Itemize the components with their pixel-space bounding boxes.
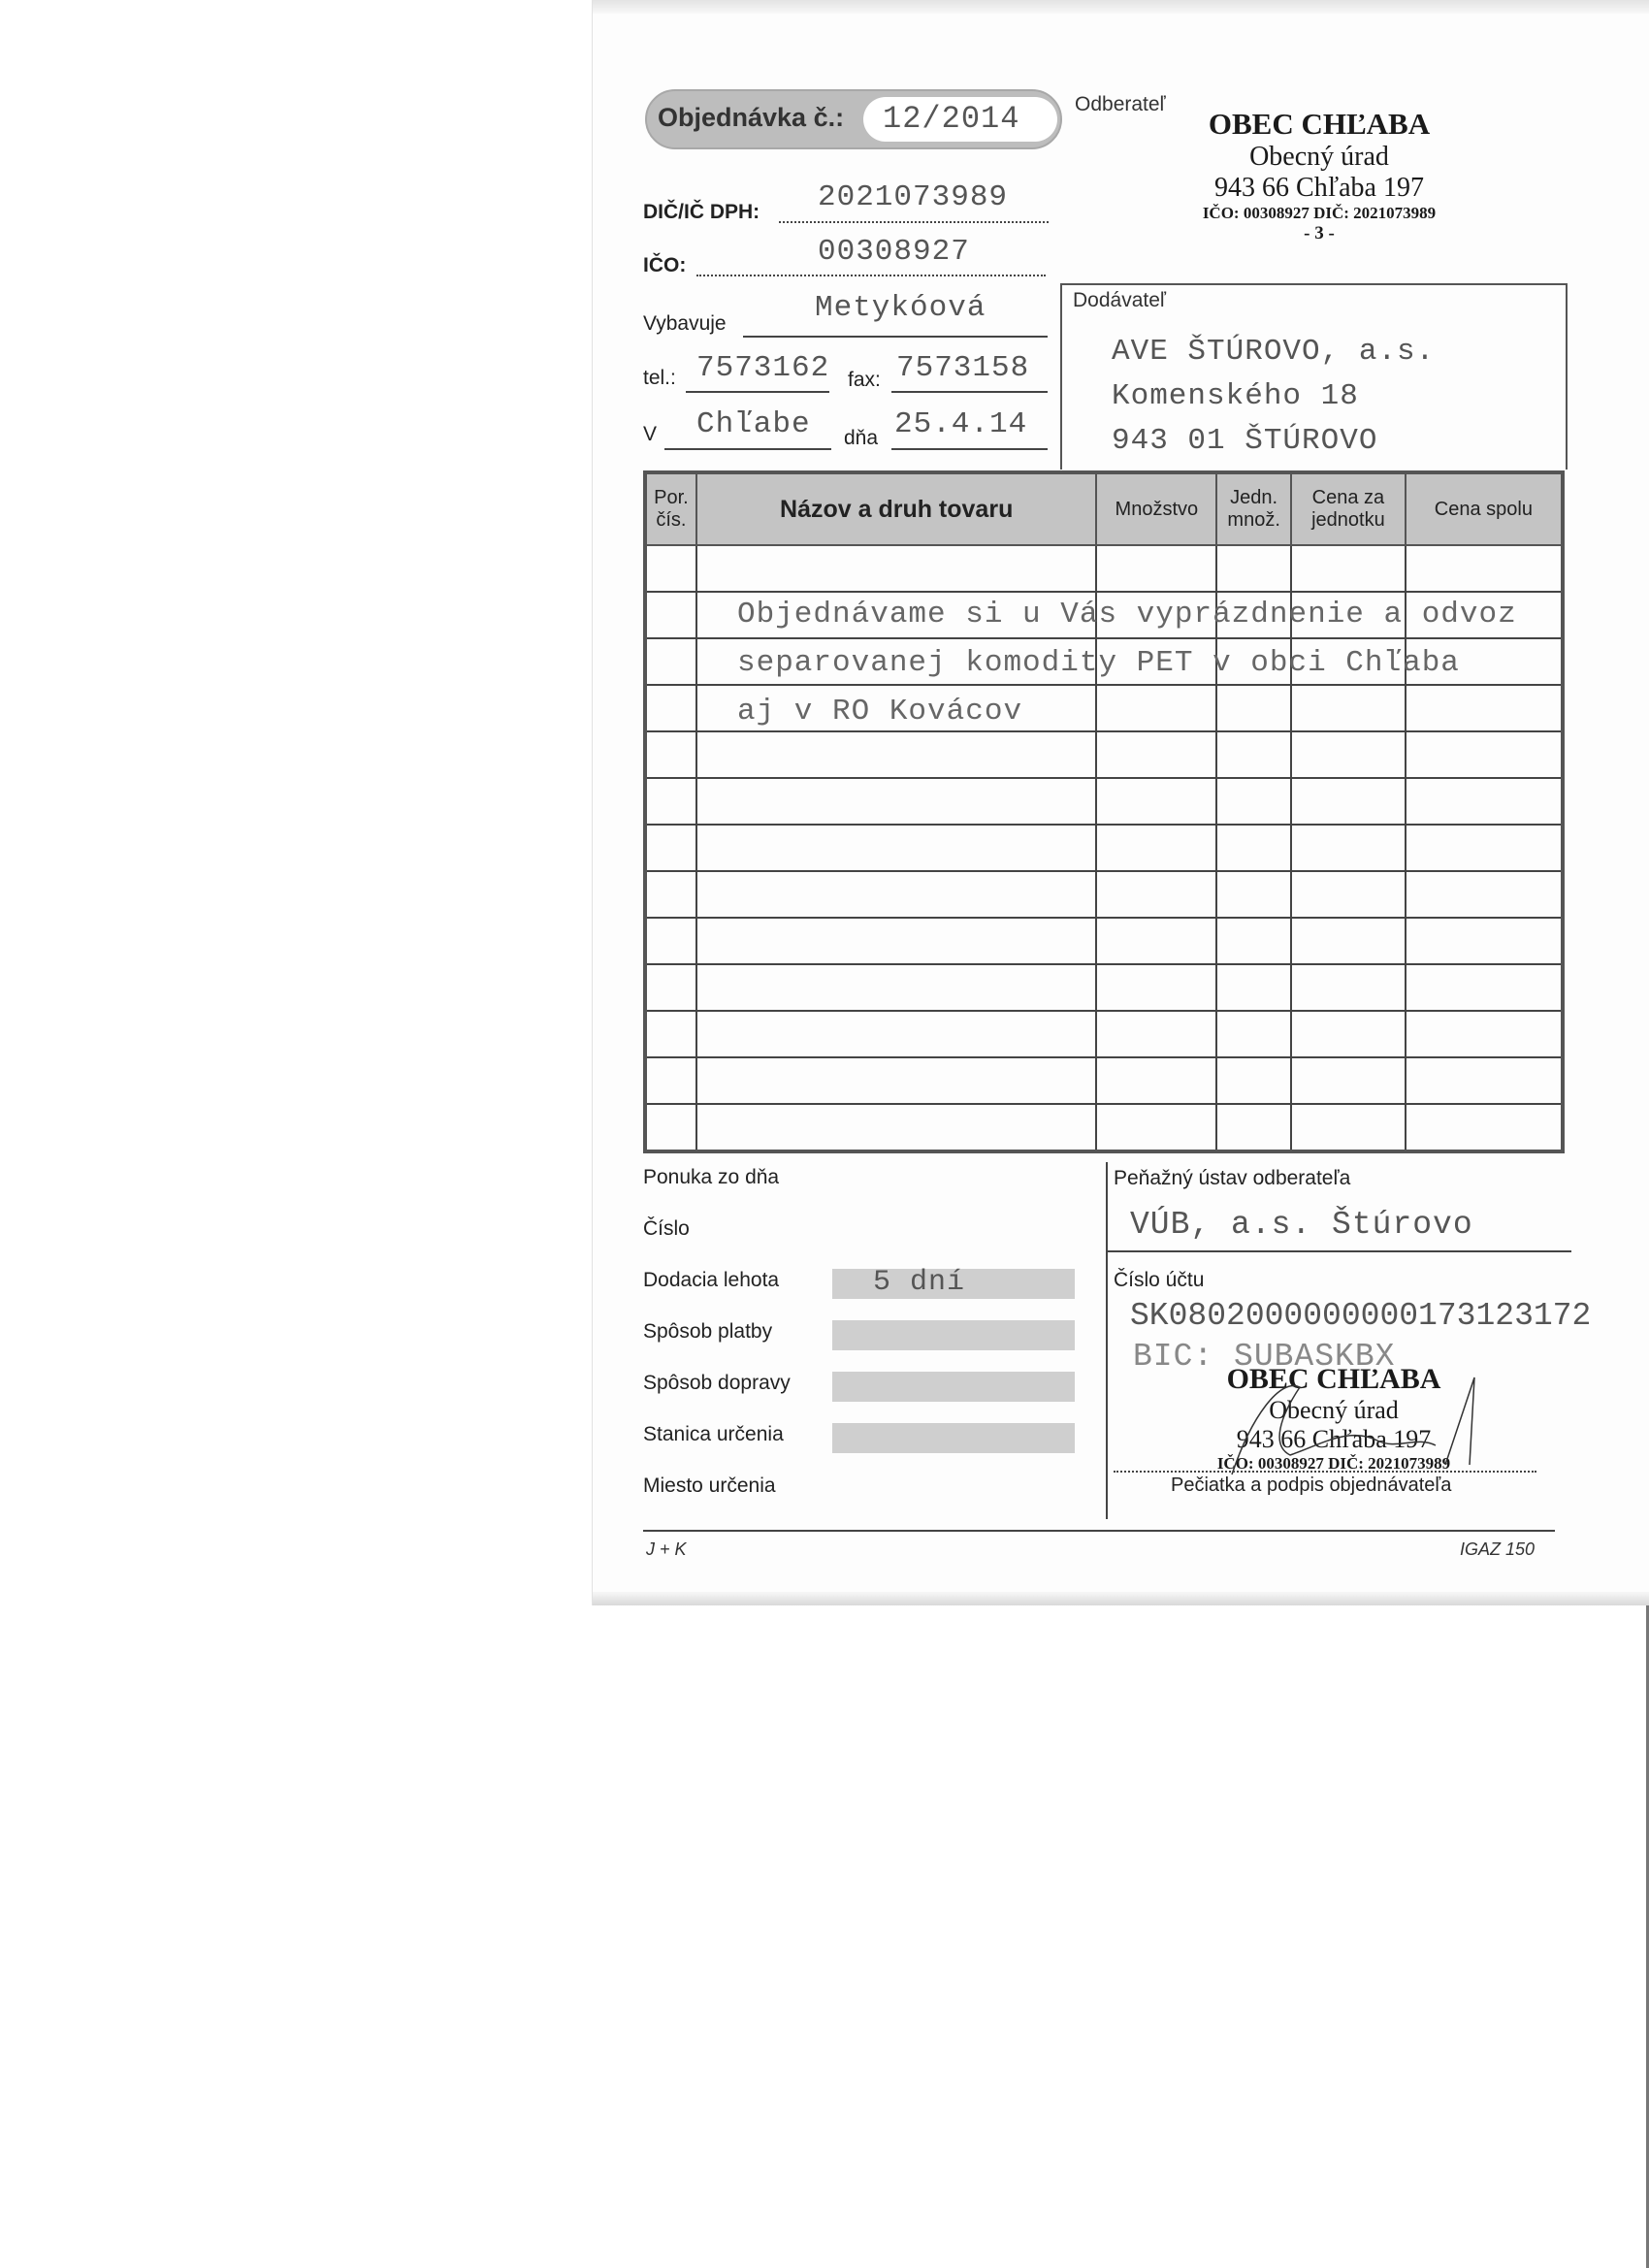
table-cell[interactable]	[1406, 1011, 1563, 1057]
table-cell[interactable]	[696, 918, 1097, 964]
table-cell[interactable]	[1096, 918, 1216, 964]
table-cell[interactable]	[1406, 778, 1563, 825]
fax-value[interactable]: 7573158	[896, 351, 1029, 385]
table-cell[interactable]	[1291, 825, 1406, 871]
table-cell[interactable]	[1216, 545, 1291, 592]
item-line-3: aj v RO Kovácov	[737, 695, 1022, 729]
table-cell[interactable]	[696, 1057, 1097, 1104]
tel-value[interactable]: 7573162	[696, 351, 829, 385]
table-header-row: Por.čís. Názov a druh tovaru Množstvo Je…	[645, 472, 1563, 545]
table-cell[interactable]	[696, 778, 1097, 825]
footer-left: J + K	[646, 1539, 687, 1560]
table-cell[interactable]	[645, 685, 696, 731]
table-cell[interactable]	[1291, 964, 1406, 1011]
table-cell[interactable]	[1216, 1011, 1291, 1057]
table-cell[interactable]	[645, 545, 696, 592]
signature-line	[1114, 1470, 1536, 1473]
table-cell[interactable]	[645, 1057, 696, 1104]
bank-line	[1106, 1250, 1571, 1252]
table-cell[interactable]	[696, 1104, 1097, 1151]
fax-label: fax:	[848, 369, 881, 392]
table-cell[interactable]	[1096, 1011, 1216, 1057]
supplier-city: 943 01 ŠTÚROVO	[1112, 419, 1435, 464]
dodacia-value: 5 dní	[873, 1266, 965, 1299]
customer-stamp: OBEC CHĽABA Obecný úrad 943 66 Chľaba 19…	[1164, 107, 1474, 244]
dic-label: DIČ/IČ DPH:	[643, 201, 760, 224]
table-cell[interactable]	[696, 871, 1097, 918]
table-cell[interactable]	[1406, 545, 1563, 592]
signature-scribble	[1212, 1358, 1503, 1484]
table-cell[interactable]	[645, 871, 696, 918]
table-cell[interactable]	[1291, 778, 1406, 825]
doprava-label: Spôsob dopravy	[643, 1372, 791, 1395]
platba-field[interactable]	[832, 1320, 1075, 1350]
col-header-nazov: Názov a druh tovaru	[696, 472, 1097, 545]
table-cell[interactable]	[1291, 545, 1406, 592]
table-row	[645, 825, 1563, 871]
table-cell[interactable]	[1216, 731, 1291, 778]
table-cell[interactable]	[1216, 1104, 1291, 1151]
dna-value[interactable]: 25.4.14	[894, 407, 1027, 441]
scan-edge-bottom	[593, 1592, 1649, 1605]
table-row	[645, 778, 1563, 825]
table-body	[645, 545, 1563, 1151]
table-cell[interactable]	[645, 1104, 696, 1151]
supplier-name: AVE ŠTÚROVO, a.s.	[1112, 330, 1435, 374]
table-cell[interactable]	[1096, 825, 1216, 871]
table-row	[645, 871, 1563, 918]
miesto-label: Miesto určenia	[643, 1474, 776, 1498]
table-cell[interactable]	[1291, 871, 1406, 918]
table-cell[interactable]	[1216, 825, 1291, 871]
ico-value[interactable]: 00308927	[818, 235, 970, 269]
table-cell[interactable]	[645, 918, 696, 964]
table-cell[interactable]	[1406, 1104, 1563, 1151]
item-line-1: Objednávame si u Vás vyprázdnenie a odvo…	[737, 598, 1517, 632]
cislo-label: Číslo	[643, 1217, 690, 1241]
table-cell[interactable]	[1096, 545, 1216, 592]
dic-line	[779, 220, 1049, 223]
table-cell[interactable]	[1291, 1104, 1406, 1151]
table-cell[interactable]	[1096, 731, 1216, 778]
stamp-address: 943 66 Chľaba 197	[1164, 173, 1474, 204]
v-label: V	[643, 423, 657, 446]
vybavuje-label: Vybavuje	[643, 312, 727, 336]
table-row	[645, 545, 1563, 592]
table-cell[interactable]	[1216, 871, 1291, 918]
doprava-field[interactable]	[832, 1372, 1075, 1402]
table-cell[interactable]	[1096, 871, 1216, 918]
v-value[interactable]: Chľabe	[696, 407, 811, 441]
table-cell[interactable]	[1406, 964, 1563, 1011]
table-cell[interactable]	[696, 964, 1097, 1011]
table-row	[645, 731, 1563, 778]
dic-value[interactable]: 2021073989	[818, 180, 1008, 214]
order-number-value[interactable]: 12/2014	[883, 101, 1019, 137]
bank-label: Peňažný ústav odberateľa	[1114, 1167, 1350, 1190]
stanica-label: Stanica určenia	[643, 1423, 784, 1446]
table-cell[interactable]	[1216, 964, 1291, 1011]
table-cell[interactable]	[1406, 685, 1563, 731]
col-header-cena-spolu: Cena spolu	[1406, 472, 1563, 545]
table-row	[645, 1104, 1563, 1151]
dna-line	[891, 447, 1048, 450]
bottom-divider	[1106, 1162, 1108, 1519]
stamp-name: OBEC CHĽABA	[1164, 107, 1474, 142]
table-cell[interactable]	[1216, 1057, 1291, 1104]
signature-label: Pečiatka a podpis objednávateľa	[1171, 1474, 1451, 1497]
account-value[interactable]: SK0802000000000173123172	[1130, 1298, 1591, 1334]
table-cell[interactable]	[1406, 918, 1563, 964]
order-number-label: Objednávka č.:	[658, 103, 844, 133]
table-row	[645, 964, 1563, 1011]
table-cell[interactable]	[645, 778, 696, 825]
col-header-por: Por.čís.	[645, 472, 696, 545]
table-cell[interactable]	[1291, 918, 1406, 964]
table-cell[interactable]	[1406, 871, 1563, 918]
v-line	[664, 447, 831, 450]
table-cell[interactable]	[1096, 1057, 1216, 1104]
ico-line	[696, 274, 1046, 276]
table-cell[interactable]	[696, 731, 1097, 778]
stamp-ids: IČO: 00308927 DIČ: 2021073989	[1164, 204, 1474, 223]
table-cell[interactable]	[1291, 1011, 1406, 1057]
footer-right: IGAZ 150	[1460, 1539, 1535, 1560]
vybavuje-value[interactable]: Metykóová	[815, 291, 986, 325]
table-cell[interactable]	[1096, 1104, 1216, 1151]
col-header-cena-za: Cena zajednotku	[1291, 472, 1406, 545]
table-cell[interactable]	[645, 731, 696, 778]
vybavuje-line	[743, 335, 1048, 338]
supplier-address[interactable]: AVE ŠTÚROVO, a.s. Komenského 18 943 01 Š…	[1112, 330, 1435, 464]
item-line-2: separovanej komodity PET v obci Chľaba	[737, 646, 1460, 680]
table-cell[interactable]	[1216, 685, 1291, 731]
tel-label: tel.:	[643, 367, 676, 390]
table-row	[645, 1011, 1563, 1057]
table-cell[interactable]	[645, 592, 696, 638]
table-cell[interactable]	[696, 1011, 1097, 1057]
dodacia-label: Dodacia lehota	[643, 1269, 779, 1292]
table-cell[interactable]	[696, 825, 1097, 871]
col-header-mnozstvo: Množstvo	[1096, 472, 1216, 545]
customer-label: Odberateľ	[1075, 93, 1166, 116]
ponuka-label: Ponuka zo dňa	[643, 1166, 779, 1189]
table-cell[interactable]	[1406, 731, 1563, 778]
platba-label: Spôsob platby	[643, 1320, 772, 1344]
stamp-number: - 3 -	[1164, 223, 1474, 244]
stanica-field[interactable]	[832, 1423, 1075, 1453]
table-cell[interactable]	[1096, 685, 1216, 731]
table-cell[interactable]	[1216, 778, 1291, 825]
ico-label: IČO:	[643, 254, 686, 277]
table-cell[interactable]	[1096, 964, 1216, 1011]
table-cell[interactable]	[645, 964, 696, 1011]
table-cell[interactable]	[1096, 778, 1216, 825]
scan-edge-top	[593, 0, 1649, 14]
supplier-label: Dodávateľ	[1073, 289, 1166, 312]
table-cell[interactable]	[1216, 918, 1291, 964]
table-cell[interactable]	[1406, 1057, 1563, 1104]
table-cell[interactable]	[645, 638, 696, 685]
table-cell[interactable]	[1291, 685, 1406, 731]
footer-line	[643, 1530, 1555, 1532]
table-row	[645, 918, 1563, 964]
table-cell[interactable]	[645, 825, 696, 871]
stamp-office: Obecný úrad	[1164, 142, 1474, 173]
col-header-jedn: Jedn.množ.	[1216, 472, 1291, 545]
table-cell[interactable]	[1291, 1057, 1406, 1104]
account-label: Číslo účtu	[1114, 1269, 1204, 1292]
supplier-street: Komenského 18	[1112, 374, 1435, 419]
table-cell[interactable]	[1406, 825, 1563, 871]
bank-value[interactable]: VÚB, a.s. Štúrovo	[1130, 1207, 1473, 1243]
dna-label: dňa	[844, 427, 878, 450]
table-cell[interactable]	[1291, 731, 1406, 778]
tel-line	[686, 390, 829, 393]
table-row	[645, 1057, 1563, 1104]
fax-line	[891, 390, 1048, 393]
table-cell[interactable]	[645, 1011, 696, 1057]
items-table: Por.čís. Názov a druh tovaru Množstvo Je…	[643, 470, 1565, 1153]
table-cell[interactable]	[696, 545, 1097, 592]
